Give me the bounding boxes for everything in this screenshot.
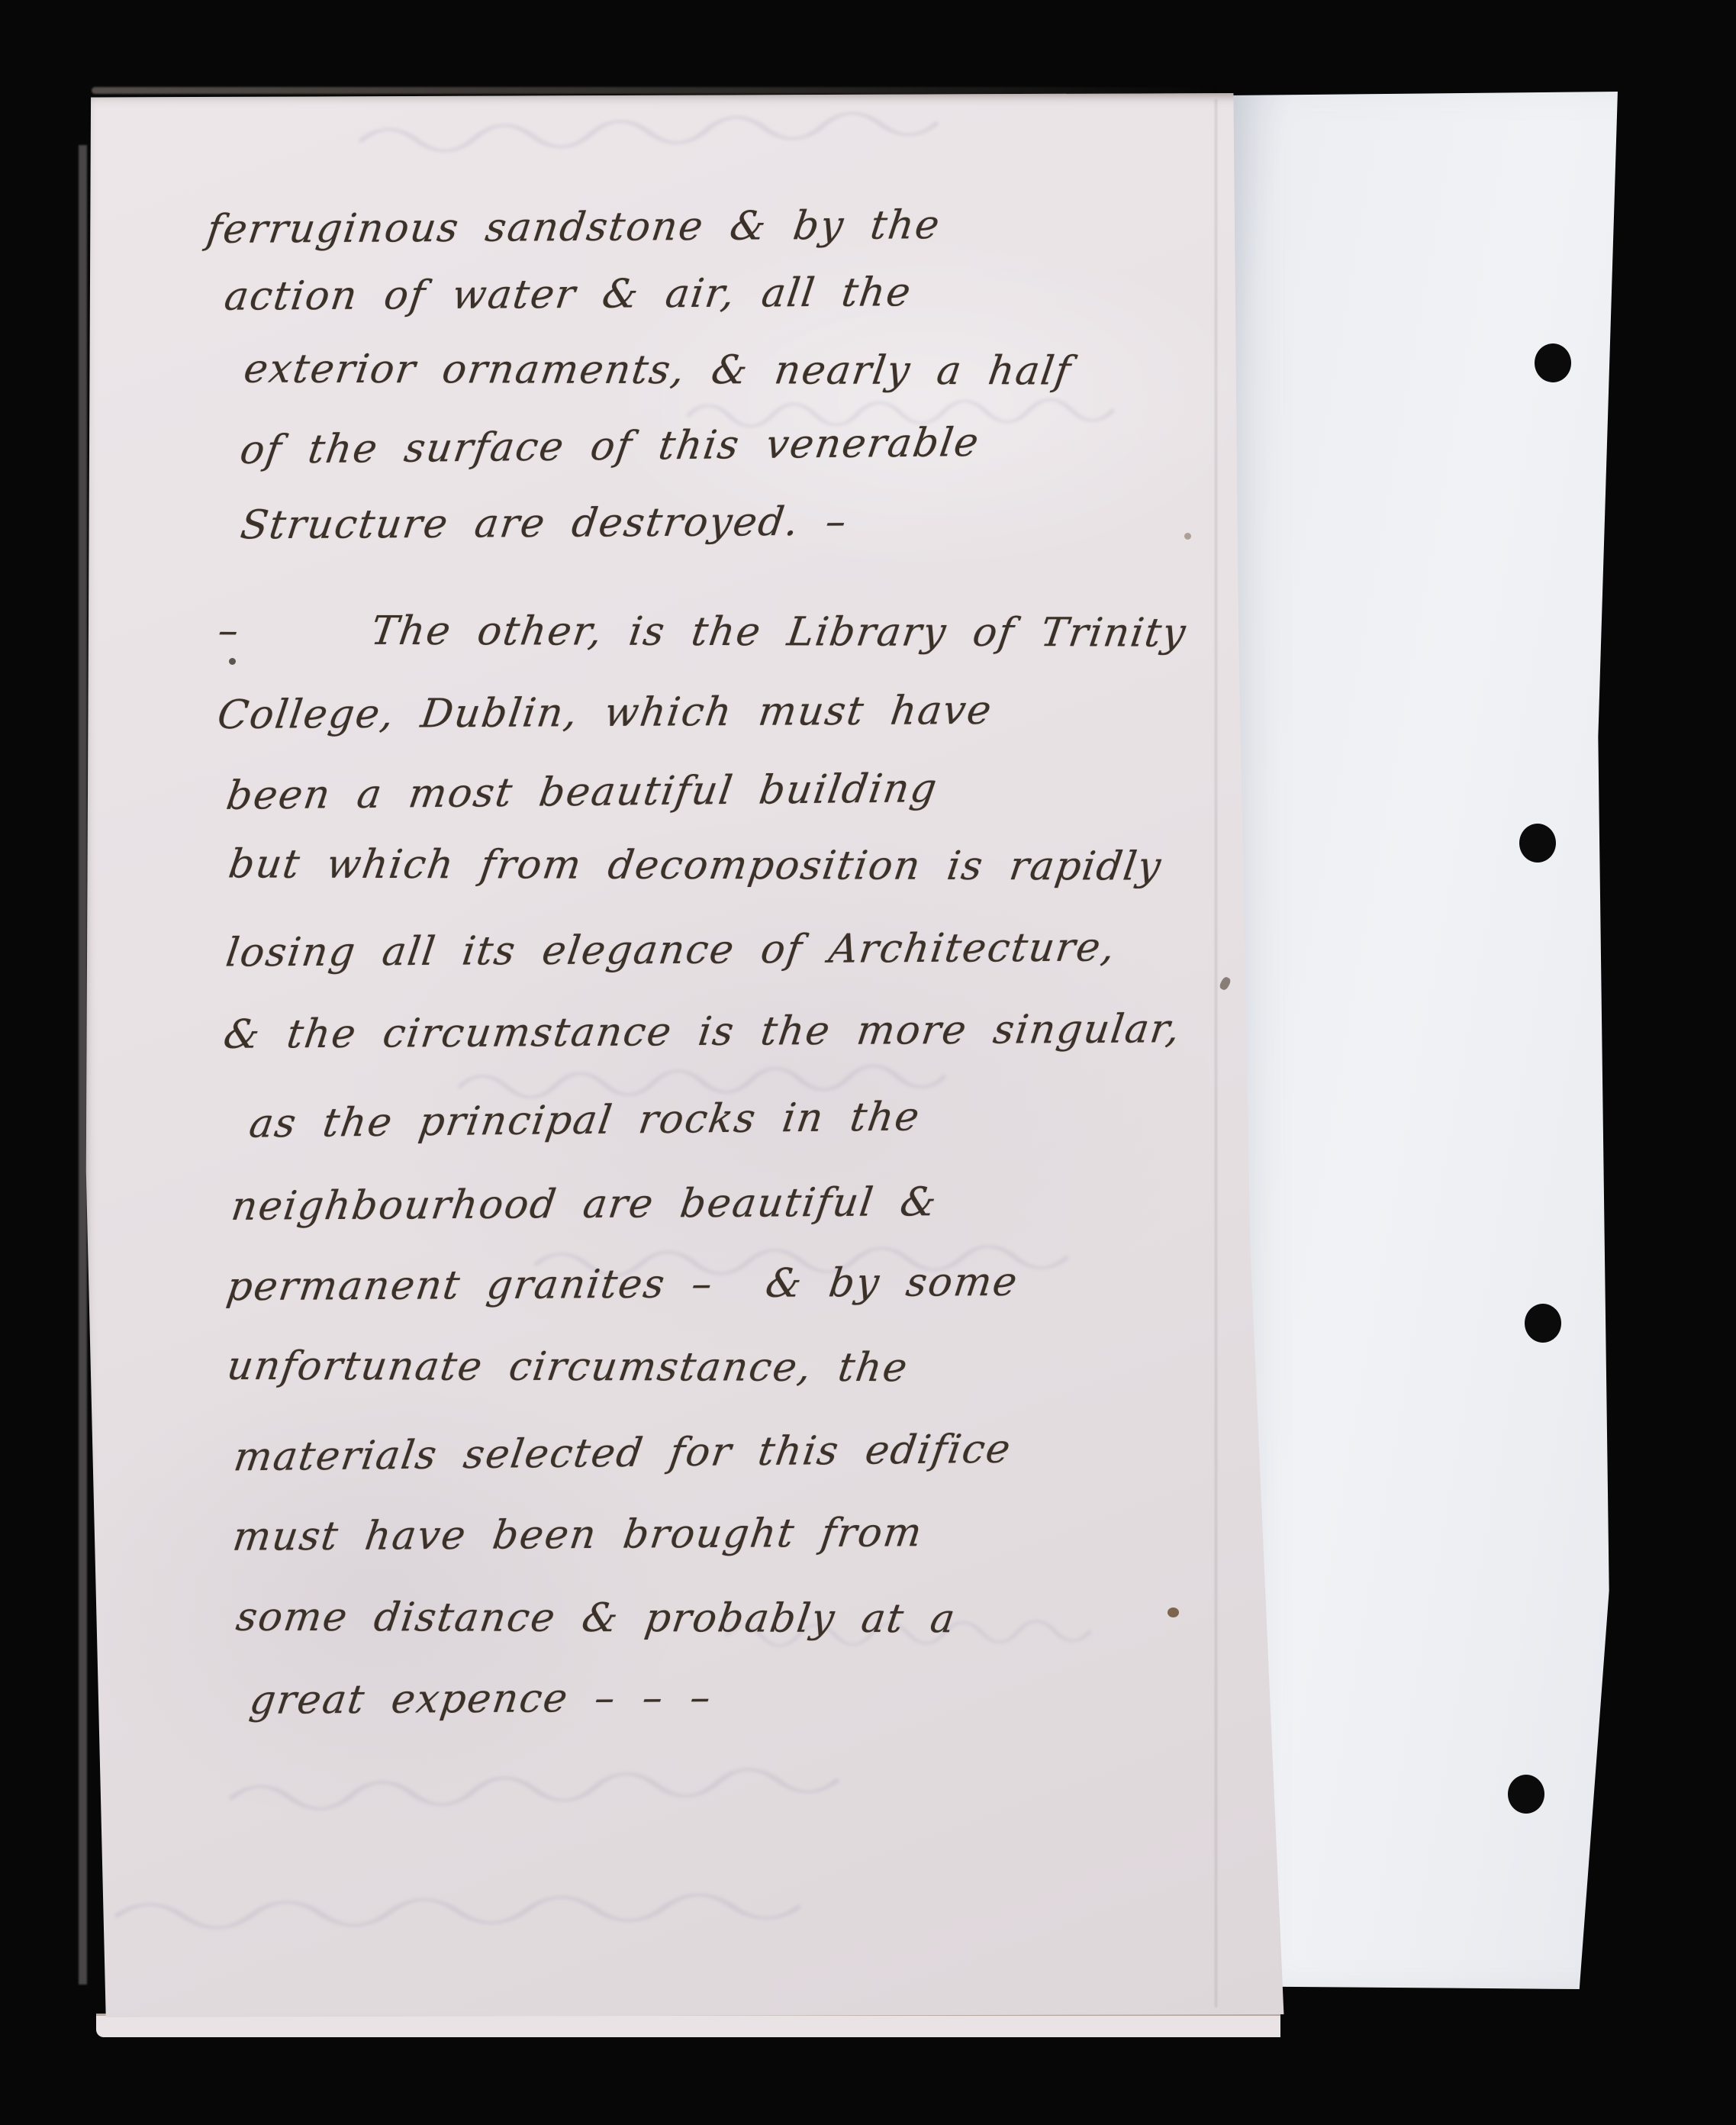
manuscript-line: exterior ornaments, & nearly a half — [240, 337, 1076, 405]
scan-background: ferruginous sandstone & by the action of… — [0, 0, 1736, 2125]
punch-hole — [1519, 824, 1556, 863]
page-top-edge — [92, 87, 1221, 94]
manuscript-line: as the principal rocks in the — [245, 1084, 925, 1156]
manuscript-line: some distance & probably at a — [232, 1585, 961, 1652]
manuscript-line: of the surface of this venerable — [236, 410, 984, 483]
left-stack-edge — [79, 145, 87, 1985]
manuscript-line: but which from decomposition is rapidly — [224, 831, 1167, 899]
manuscript-line: must have been brought from — [229, 1500, 927, 1570]
manuscript-line: permanent granites – & by some — [223, 1250, 1023, 1320]
manuscript-line: losing all its elegance of Architecture, — [222, 914, 1120, 985]
manuscript-line: College, Dublin, which must have — [214, 678, 997, 748]
manuscript-line: unfortunate circumstance, the — [223, 1333, 913, 1401]
page-fold-crease — [1215, 99, 1217, 2007]
manuscript-line: action of water & air, all the — [221, 260, 916, 329]
paper-speck — [1184, 533, 1191, 540]
punch-hole — [1508, 1775, 1544, 1814]
punch-hole — [1535, 343, 1571, 382]
manuscript-line: neighbourhood are beautiful & — [227, 1169, 942, 1240]
manuscript-line: ferruginous sandstone & by the — [203, 192, 945, 263]
punch-hole — [1525, 1304, 1561, 1343]
ink-dot — [229, 658, 236, 665]
under-sheet-edge — [96, 2014, 1280, 2037]
manuscript-line: great expence – – – — [246, 1665, 717, 1733]
manuscript-line: materials selected for this edifice — [230, 1417, 1016, 1491]
manuscript-line: & the circumstance is the more singular, — [220, 996, 1185, 1068]
manuscript-line: Structure are destroyed. – — [237, 489, 852, 559]
manuscript-line: – The other, is the Library of Trinity — [214, 598, 1191, 666]
paper-speck — [1168, 1607, 1179, 1617]
manuscript-line: been a most beautiful building — [222, 756, 942, 829]
